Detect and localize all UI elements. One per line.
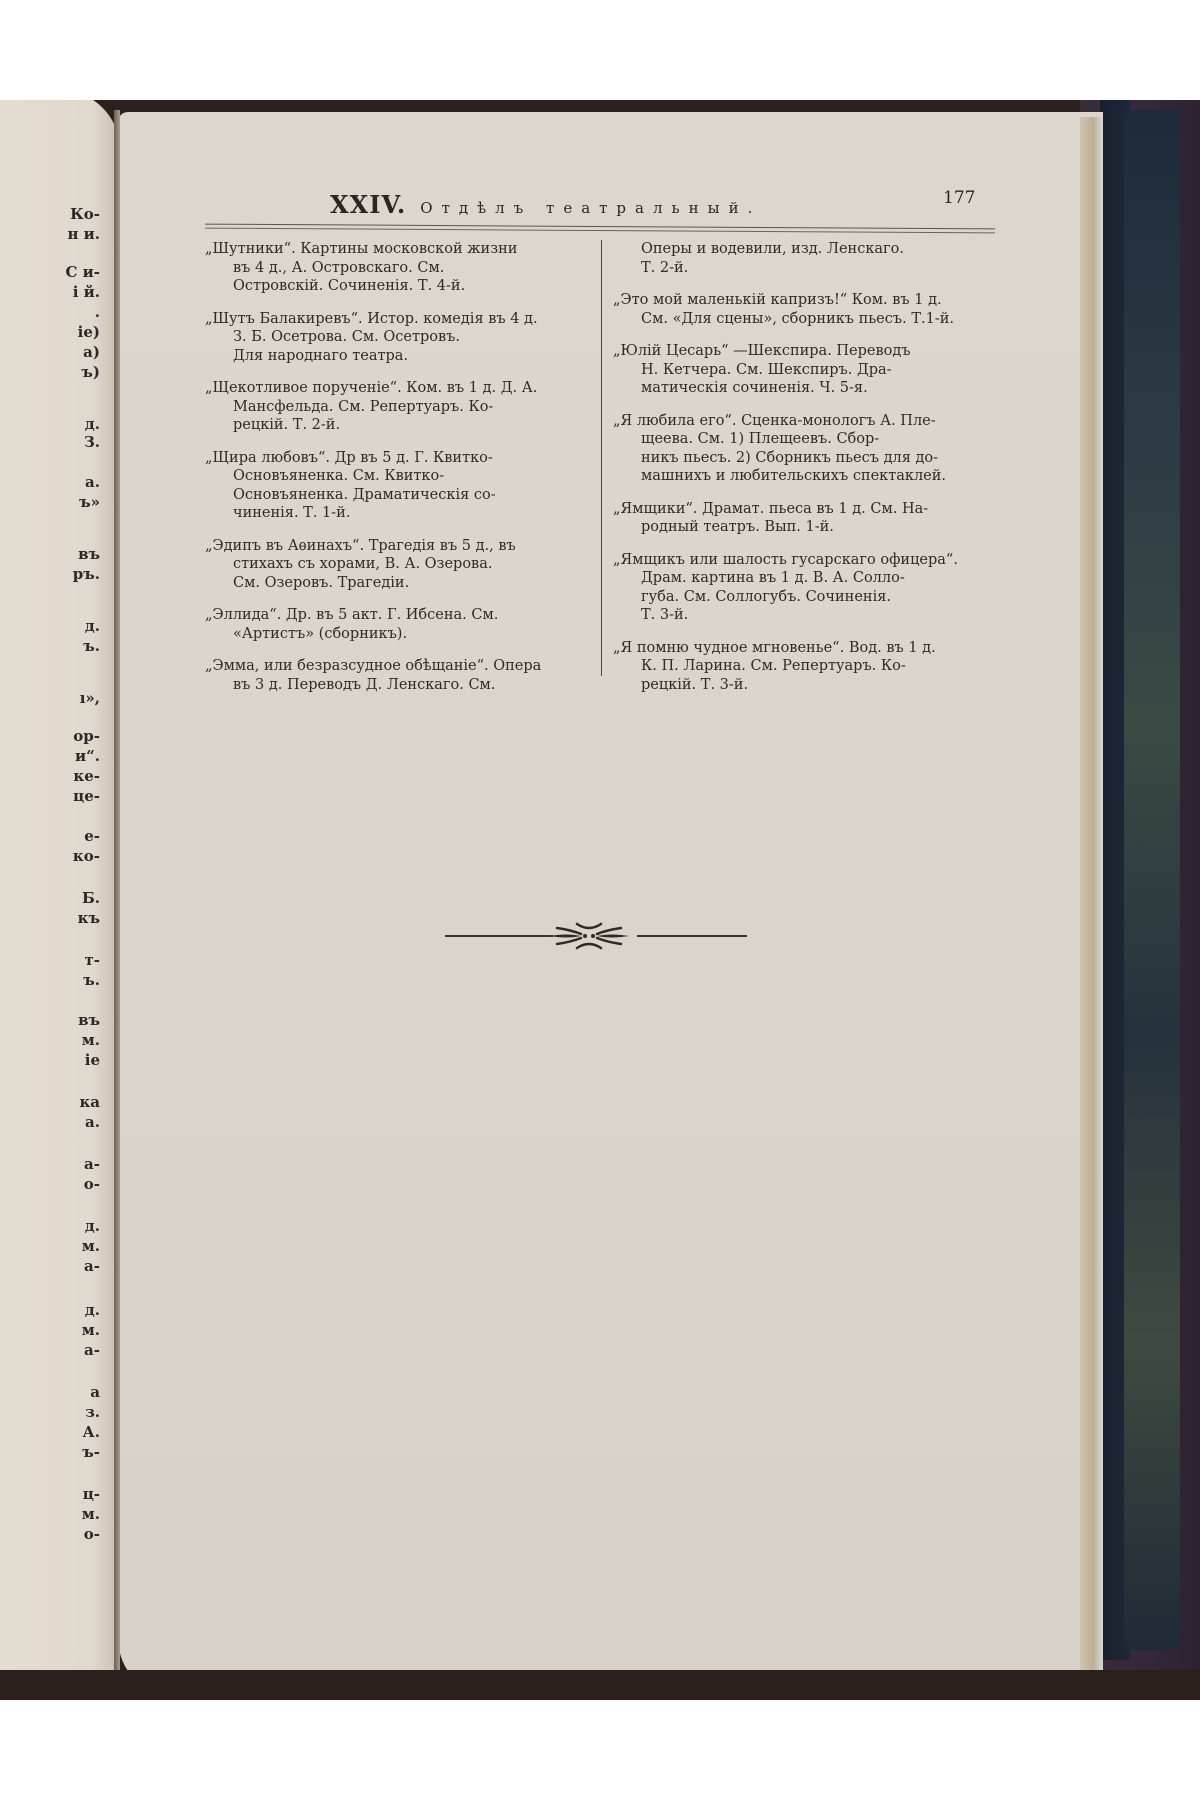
left-column: „Шутники“. Картины московской жизнивъ 4 … [205, 240, 593, 708]
entry-line: К. П. Ларина. См. Репертуаръ. Ко- [641, 658, 906, 674]
left-page-fragment: м. [82, 1031, 100, 1049]
left-page-fragment: а- [84, 1257, 100, 1275]
catalog-entry: „Эмма, или безразсудное обѣщаніе“. Опера… [205, 657, 593, 694]
entry-line: „Я помню чудное мгновенье“. Вод. въ 1 д. [613, 640, 936, 656]
left-page-fragment: къ [78, 909, 100, 927]
entry-line: чиненія. Т. 1-й. [233, 505, 350, 521]
book-photo: Ко-н и.С и-і й..іе)а)ъ)д.З.а.ъ»въръ.д.ъ.… [0, 100, 1200, 1700]
left-page-fragment: А. [83, 1423, 100, 1441]
left-page-fragment: м. [82, 1237, 100, 1255]
left-page-fragment: е- [84, 827, 100, 845]
catalog-entry: „Щира любовъ“. Др въ 5 д. Г. Квитко-Осно… [205, 449, 593, 523]
entry-line: матическія сочиненія. Ч. 5-я. [641, 380, 868, 396]
left-page-fragment: Ко- [70, 205, 100, 223]
left-page-fragment: ъ) [81, 363, 100, 381]
entry-line: „Эмма, или безразсудное обѣщаніе“. Опера [205, 658, 541, 674]
left-page-fragment: о- [84, 1525, 100, 1543]
left-page-fragment: і й. [73, 283, 100, 301]
left-page-fragment: а- [84, 1155, 100, 1173]
table-surface [0, 1670, 1200, 1700]
entry-line: Т. 2-й. [641, 260, 688, 276]
entry-line: Драм. картина въ 1 д. В. А. Солло- [641, 570, 905, 586]
entry-line: Н. Кетчера. См. Шекспиръ. Дра- [641, 362, 892, 378]
book-gutter [114, 110, 120, 1700]
entry-line: См. Озеровъ. Трагедіи. [233, 575, 409, 591]
entry-line: губа. См. Соллогубъ. Сочиненія. [641, 589, 891, 605]
entry-line: машнихъ и любительскихъ спектаклей. [641, 468, 946, 484]
left-page-fragment: ъ. [83, 637, 100, 655]
left-page-fragment: о- [84, 1175, 100, 1193]
entry-line: рецкій. Т. 2-й. [233, 417, 340, 433]
entry-line: „Эдипъ въ Аѳинахъ“. Трагедія въ 5 д., въ [205, 538, 516, 554]
left-page-fragment: н и. [67, 225, 100, 243]
left-page-fragment: . [95, 303, 100, 321]
catalog-entry: „Шутъ Балакиревъ“. Истор. комедія въ 4 д… [205, 310, 593, 366]
entry-line: родный театръ. Вып. 1-й. [641, 519, 834, 535]
catalog-entry: „Я помню чудное мгновенье“. Вод. въ 1 д.… [613, 639, 995, 695]
entry-line: „Ямщики“. Драмат. пьеса въ 1 д. См. На- [613, 501, 928, 517]
entry-line: „Я любила его“. Сценка-монологъ А. Пле- [613, 413, 936, 429]
left-page-fragment: въ [78, 545, 100, 563]
entry-line: „Шутники“. Картины московской жизни [205, 241, 517, 257]
left-page-fragment: ръ. [73, 565, 100, 583]
left-page-fragment: м. [82, 1321, 100, 1339]
entry-line: Основъяненка. См. Квитко- [233, 468, 444, 484]
ornament-line-left [445, 935, 553, 937]
left-page-fragment: ке- [73, 767, 100, 785]
left-page-fragment: ц- [83, 1485, 100, 1503]
catalog-entry: „Юлій Цесарь“ —Шекспира. ПереводъН. Кетч… [613, 342, 995, 398]
entry-line: „Щира любовъ“. Др въ 5 д. Г. Квитко- [205, 450, 493, 466]
entry-line: стихахъ съ хорами, В. А. Озерова. [233, 556, 492, 572]
entry-line: „Шутъ Балакиревъ“. Истор. комедія въ 4 д… [205, 311, 538, 327]
entry-line: въ 3 д. Переводъ Д. Ленскаго. См. [233, 677, 495, 693]
entry-line: Основъяненка. Драматическія со- [233, 487, 496, 503]
left-page-fragment: д. [85, 617, 100, 635]
page-number: 177 [943, 188, 975, 208]
left-page-fragment: а. [85, 1113, 100, 1131]
entry-line: „Это мой маленькій капризъ!“ Ком. въ 1 д… [613, 292, 942, 308]
entry-line: никъ пьесъ. 2) Сборникъ пьесъ для до- [641, 450, 938, 466]
left-page-fragment: д. [85, 415, 100, 433]
section-heading: XXIV. Отдѣлъ театральный. [330, 190, 761, 219]
entry-line: щеева. См. 1) Плещеевъ. Сбор- [641, 431, 879, 447]
left-page-fragment: м. [82, 1505, 100, 1523]
page-edge [1080, 117, 1102, 1692]
left-page-fragment: ъ. [83, 971, 100, 989]
entry-line: Островскій. Сочиненія. Т. 4-й. [233, 278, 465, 294]
left-page-fragment: іе) [78, 323, 100, 341]
entry-line: „Эллида“. Др. въ 5 акт. Г. Ибсена. См. [205, 607, 498, 623]
catalog-entry: Оперы и водевили, изд. Ленскаго.Т. 2-й. [613, 240, 995, 277]
left-page-fragment: ъ- [82, 1443, 100, 1461]
entry-line: З. Б. Осетрова. См. Осетровъ. [233, 329, 460, 345]
left-page-fragment: З. [84, 433, 100, 451]
page-header: XXIV. Отдѣлъ театральный. 177 [205, 190, 995, 230]
left-page-fragment: ъ» [79, 493, 100, 511]
entry-line: «Артистъ» (сборникъ). [233, 626, 407, 642]
left-page-fragment: це- [73, 787, 100, 805]
left-page-fragment: ка [79, 1093, 100, 1111]
left-page-fragment: д. [85, 1217, 100, 1235]
catalog-entry: „Ямщики“. Драмат. пьеса въ 1 д. См. На-р… [613, 500, 995, 537]
left-page-fragment: т- [84, 951, 100, 969]
left-page-fragment: въ [78, 1011, 100, 1029]
catalog-entry: „Я любила его“. Сценка-монологъ А. Пле-щ… [613, 412, 995, 486]
left-page-fragment: д. [85, 1301, 100, 1319]
entry-line: „Юлій Цесарь“ —Шекспира. Переводъ [613, 343, 911, 359]
left-page-fragment: а) [83, 343, 100, 361]
left-page-fragment: Б. [82, 889, 100, 907]
entry-line: Оперы и водевили, изд. Ленскаго. [641, 241, 904, 257]
section-title: Отдѣлъ театральный. [420, 199, 761, 217]
entry-line: Для народнаго театра. [233, 348, 408, 364]
left-page-fragment: а [90, 1383, 100, 1401]
catalog-entry: „Шутники“. Картины московской жизнивъ 4 … [205, 240, 593, 296]
left-page-fragment: и“. [75, 747, 100, 765]
left-page-fragment: іе [85, 1051, 100, 1069]
entry-line: „Щекотливое порученіе“. Ком. въ 1 д. Д. … [205, 380, 537, 396]
section-number: XXIV. [330, 190, 406, 219]
left-page-fragment: а. [85, 473, 100, 491]
right-column: Оперы и водевили, изд. Ленскаго.Т. 2-й.„… [613, 240, 995, 708]
left-page: Ко-н и.С и-і й..іе)а)ъ)д.З.а.ъ»въръ.д.ъ.… [0, 100, 120, 1700]
entry-line: См. «Для сцены», сборникъ пьесъ. Т.1-й. [641, 311, 954, 327]
entry-line: Мансфельда. См. Репертуаръ. Ко- [233, 399, 493, 415]
left-page-fragment: а- [84, 1341, 100, 1359]
ornament-line-right [637, 935, 747, 937]
fleuron-divider [445, 922, 755, 950]
left-page-fragment: ко- [73, 847, 100, 865]
column-divider [601, 240, 602, 676]
entry-line: въ 4 д., А. Островскаго. См. [233, 260, 444, 276]
catalog-entry: „Ямщикъ или шалость гусарскаго офицера“.… [613, 551, 995, 625]
entry-line: рецкій. Т. 3-й. [641, 677, 748, 693]
catalog-entry: „Щекотливое порученіе“. Ком. въ 1 д. Д. … [205, 379, 593, 435]
marbled-cover-edge [1124, 110, 1180, 1650]
catalog-entry: „Эллида“. Др. въ 5 акт. Г. Ибсена. См.«А… [205, 606, 593, 643]
left-page-fragment: з. [85, 1403, 100, 1421]
left-page-fragment: ı», [80, 689, 100, 707]
left-page-fragment: ор- [73, 727, 100, 745]
entry-line: Т. 3-й. [641, 607, 688, 623]
entry-line: „Ямщикъ или шалость гусарскаго офицера“. [613, 552, 958, 568]
catalog-entry: „Это мой маленькій капризъ!“ Ком. въ 1 д… [613, 291, 995, 328]
catalog-entry: „Эдипъ въ Аѳинахъ“. Трагедія въ 5 д., въ… [205, 537, 593, 593]
fleuron-icon [547, 922, 631, 950]
left-page-fragment: С и- [65, 263, 100, 281]
